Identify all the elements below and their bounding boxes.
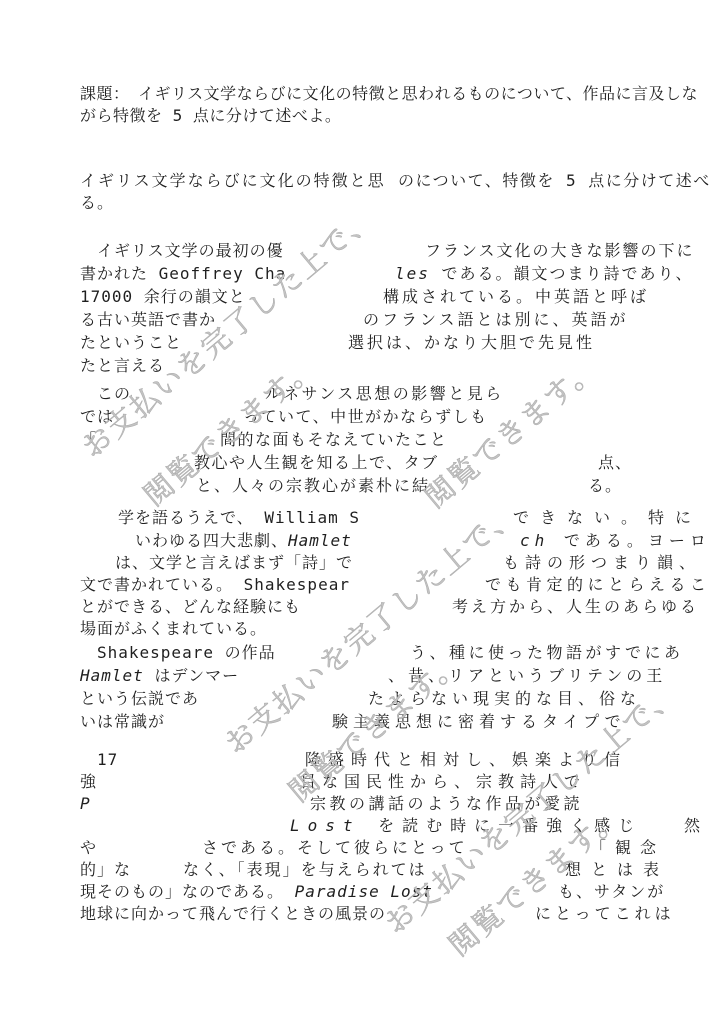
- document-page: 課題： イギリス文学ならびに文化の特徴と思われるものについて、作品に言及しながら…: [0, 0, 724, 1024]
- watermark-layer: お支払いを完了した上で、閲覧できます。閲覧できます。お支払いを完了した上で、閲覧…: [0, 0, 724, 1024]
- payment-watermark-text: 閲覧できます。: [415, 347, 606, 516]
